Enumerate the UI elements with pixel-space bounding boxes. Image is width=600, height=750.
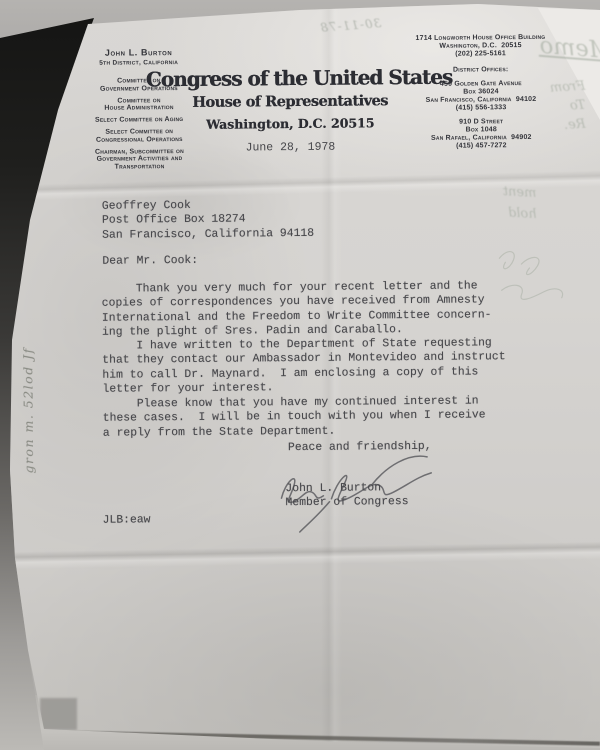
text-line: (415) 457-7272 bbox=[396, 142, 566, 151]
paragraph-2: I have written to the Department of Stat… bbox=[102, 336, 506, 397]
text-line: a reply from the State Department. bbox=[103, 423, 486, 441]
signer-name: John L. Burton bbox=[285, 481, 408, 496]
faint-scribble-marks bbox=[491, 237, 592, 318]
bleedthrough-note-top: 30-11-78 bbox=[319, 16, 382, 35]
paragraph-3: Please know that you have my continued i… bbox=[103, 394, 486, 441]
text-group: 450 Golden Gate AvenueBox 36024San Franc… bbox=[396, 80, 566, 113]
text-line: ment bbox=[502, 181, 537, 204]
letter-paper: John L. Burton 5th District, California … bbox=[0, 0, 600, 750]
text-line: From bbox=[549, 77, 585, 98]
text-line: Transportation bbox=[54, 162, 226, 171]
salutation: Dear Mr. Cook: bbox=[102, 254, 198, 269]
signer-title: Member of Congress bbox=[285, 495, 408, 510]
district-office-list: 450 Golden Gate AvenueBox 36024San Franc… bbox=[396, 80, 567, 151]
text-line: San Francisco, California 94118 bbox=[102, 227, 314, 243]
text-line: Re. bbox=[550, 115, 586, 136]
masthead-house: House of Representatives bbox=[146, 92, 434, 112]
text-line: To bbox=[550, 96, 586, 117]
recipient-address: Geoffrey CookPost Office Box 18274San Fr… bbox=[102, 198, 314, 243]
margin-pencil-note: gron m. 52lod Jf bbox=[20, 330, 37, 490]
masthead-city: Washington, D.C. 20515 bbox=[146, 115, 434, 133]
bleedthrough-memo-fields: FromToRe. bbox=[550, 78, 586, 135]
letter-content: John L. Burton 5th District, California … bbox=[0, 0, 600, 750]
smudge-mark bbox=[40, 698, 77, 730]
photo-of-letter: John L. Burton 5th District, California … bbox=[0, 0, 600, 750]
signature-block: John L. Burton Member of Congress bbox=[285, 481, 408, 511]
bleedthrough-pencil-notes: menthold bbox=[503, 182, 537, 224]
text-line: (415) 556-1333 bbox=[396, 104, 566, 113]
text-line: hold bbox=[502, 202, 537, 225]
text-group: 910 D StreetBox 1048San Rafael, Californ… bbox=[396, 118, 566, 151]
masthead-congress: Congress of the United States bbox=[146, 65, 434, 92]
paragraph-1: Thank you very much for your recent lett… bbox=[102, 279, 492, 340]
reference-initials: JLB:eaw bbox=[103, 513, 151, 528]
member-district: 5th District, California bbox=[53, 59, 225, 68]
district-offices-label: District Offices: bbox=[396, 66, 566, 75]
letter-date: June 28, 1978 bbox=[146, 140, 434, 156]
letterhead-masthead: Congress of the United States House of R… bbox=[146, 65, 435, 156]
